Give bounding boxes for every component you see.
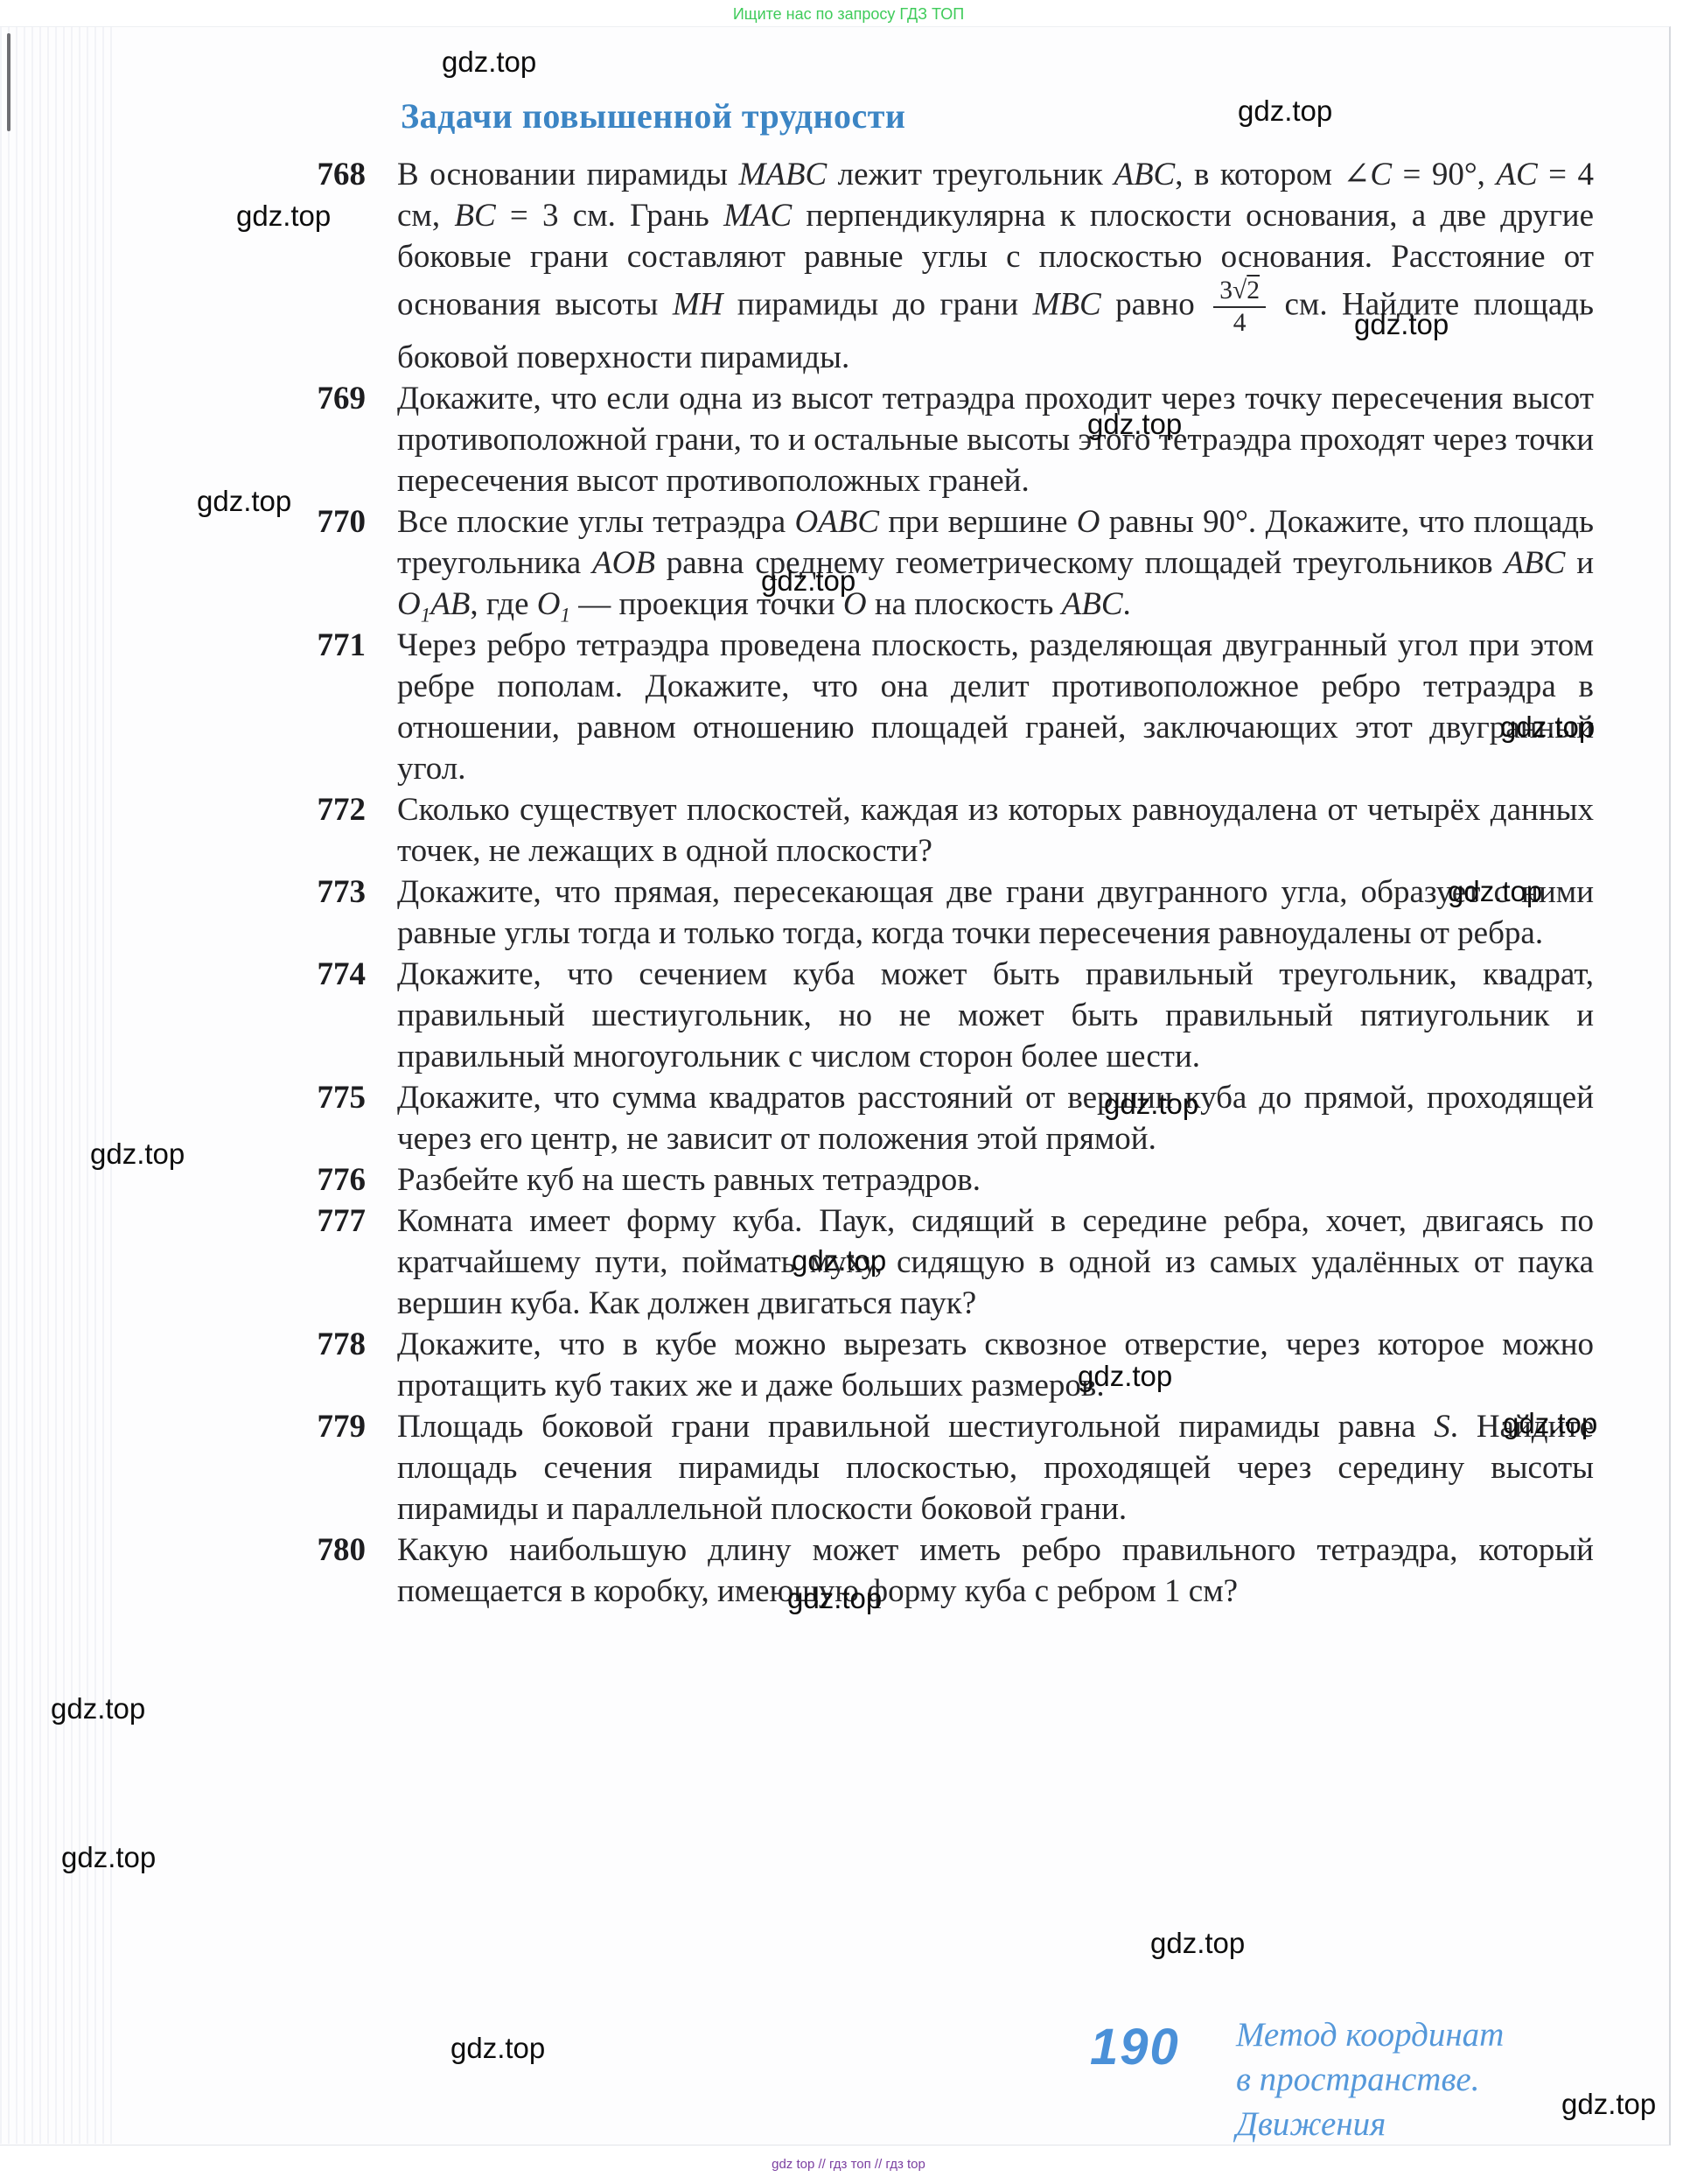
- problem-text: Комната имеет форму куба. Паук, сидящий …: [397, 1200, 1594, 1324]
- watermark-text: gdz.top: [1238, 94, 1332, 128]
- watermark-text: gdz.top: [1354, 308, 1449, 341]
- problem-number: 775: [262, 1077, 366, 1118]
- watermark-text: gdz.top: [61, 1841, 156, 1874]
- problem-item: 774Докажите, что сечением куба может быт…: [0, 954, 1605, 1077]
- problem-item: 771Через ребро тетраэдра проведена плоск…: [0, 625, 1605, 789]
- math-symbol: MAC: [723, 198, 792, 234]
- problem-item: 770Все плоские углы тетраэдра OABC при в…: [0, 501, 1605, 625]
- watermark-text: gdz.top: [1500, 710, 1595, 744]
- problem-item: 772Сколько существует плоскостей, каждая…: [0, 789, 1605, 871]
- gdz-footer-banner: gdz top // гдз топ // гдз top: [0, 2157, 1697, 2172]
- watermark-text: gdz.top: [236, 199, 331, 233]
- math-symbol: MH: [673, 287, 723, 323]
- next-section-title-line: Метод координат: [1236, 2012, 1504, 2057]
- math-symbol: S: [1434, 1409, 1450, 1445]
- watermark-text: gdz.top: [1150, 1927, 1245, 1960]
- math-symbol: ABC: [1114, 157, 1175, 192]
- math-symbol: BC: [454, 198, 495, 234]
- scanned-textbook-page: Ищите нас по запросу ГДЗ ТОП Задачи повы…: [0, 0, 1697, 2184]
- problem-number: 771: [262, 625, 366, 666]
- watermark-text: gdz.top: [51, 1692, 145, 1725]
- problem-number: 774: [262, 954, 366, 995]
- problem-item: 769Докажите, что если одна из высот тетр…: [0, 378, 1605, 501]
- problem-number: 779: [262, 1406, 366, 1447]
- problem-number: 777: [262, 1200, 366, 1242]
- math-symbol: O: [1077, 504, 1100, 540]
- math-symbol: ∠C: [1343, 157, 1392, 192]
- problem-text: Докажите, что сечением куба может быть п…: [397, 954, 1594, 1077]
- math-symbol: AOB: [592, 545, 655, 581]
- watermark-text: gdz.top: [787, 1582, 882, 1615]
- math-symbol: OABC: [794, 504, 879, 540]
- problem-number: 776: [262, 1159, 366, 1200]
- problem-text: В основании пирамиды MABC лежит треуголь…: [397, 154, 1594, 378]
- watermark-text: gdz.top: [792, 1244, 886, 1277]
- problem-number: 773: [262, 871, 366, 913]
- problem-text: Докажите, что если одна из высот тетраэд…: [397, 378, 1594, 501]
- problems-list: 768В основании пирамиды MABC лежит треуг…: [0, 154, 1605, 1612]
- watermark-text: gdz.top: [1078, 1360, 1172, 1393]
- math-symbol: O1: [397, 586, 430, 622]
- watermark-text: gdz.top: [442, 45, 536, 79]
- math-symbol: AC: [1496, 157, 1537, 192]
- page-left-edge-mark: [7, 33, 10, 131]
- watermark-text: gdz.top: [197, 485, 291, 518]
- problem-text: Разбейте куб на шесть равных тетраэдров.: [397, 1159, 1594, 1200]
- problem-number: 769: [262, 378, 366, 419]
- problem-text: Площадь боковой грани правильной шестиуг…: [397, 1406, 1594, 1529]
- problem-text: Через ребро тетраэдра проведена плоскост…: [397, 625, 1594, 789]
- section-heading: Задачи повышенной трудности: [401, 99, 905, 134]
- gdz-search-banner: Ищите нас по запросу ГДЗ ТОП: [0, 5, 1697, 24]
- watermark-text: gdz.top: [1448, 875, 1542, 908]
- problem-text: Докажите, что сумма квадратов расстояний…: [397, 1077, 1594, 1159]
- math-symbol: MBC: [1033, 287, 1101, 323]
- problem-item: 779Площадь боковой грани правильной шест…: [0, 1406, 1605, 1529]
- watermark-text: gdz.top: [1503, 1407, 1597, 1440]
- math-symbol: ABC: [1504, 545, 1565, 581]
- problem-text: Все плоские углы тетраэдра OABC при верш…: [397, 501, 1594, 625]
- problem-text: Докажите, что прямая, пересекающая две г…: [397, 871, 1594, 954]
- watermark-text: gdz.top: [450, 2032, 545, 2065]
- problem-item: 773Докажите, что прямая, пересекающая дв…: [0, 871, 1605, 954]
- page-number: 190: [1090, 2018, 1180, 2076]
- problem-text: Какую наибольшую длину может иметь ребро…: [397, 1529, 1594, 1612]
- problem-number: 780: [262, 1529, 366, 1571]
- watermark-text: gdz.top: [1104, 1088, 1198, 1121]
- math-symbol: MABC: [738, 157, 827, 192]
- math-fraction: 3√24: [1213, 277, 1266, 337]
- math-symbol: AB: [430, 586, 470, 622]
- problem-text: Сколько существует плоскостей, каждая из…: [397, 789, 1594, 871]
- next-section-title: Метод координатв пространстве.Движения: [1236, 2012, 1504, 2146]
- problem-number: 778: [262, 1324, 366, 1365]
- problem-text: Докажите, что в кубе можно вырезать скво…: [397, 1324, 1594, 1406]
- watermark-text: gdz.top: [761, 564, 855, 598]
- next-section-title-line: в пространстве.: [1236, 2057, 1504, 2102]
- next-section-title-line: Движения: [1236, 2102, 1504, 2146]
- watermark-text: gdz.top: [1561, 2088, 1656, 2121]
- problem-item: 768В основании пирамиды MABC лежит треуг…: [0, 154, 1605, 378]
- problem-item: 775Докажите, что сумма квадратов расстоя…: [0, 1077, 1605, 1159]
- watermark-text: gdz.top: [1087, 408, 1182, 441]
- math-symbol: O1: [537, 586, 570, 622]
- problem-number: 772: [262, 789, 366, 830]
- watermark-text: gdz.top: [90, 1137, 185, 1171]
- problem-item: 778Докажите, что в кубе можно вырезать с…: [0, 1324, 1605, 1406]
- math-symbol: ABC: [1062, 586, 1123, 622]
- problem-item: 776Разбейте куб на шесть равных тетраэдр…: [0, 1159, 1605, 1200]
- problem-number: 768: [262, 154, 366, 195]
